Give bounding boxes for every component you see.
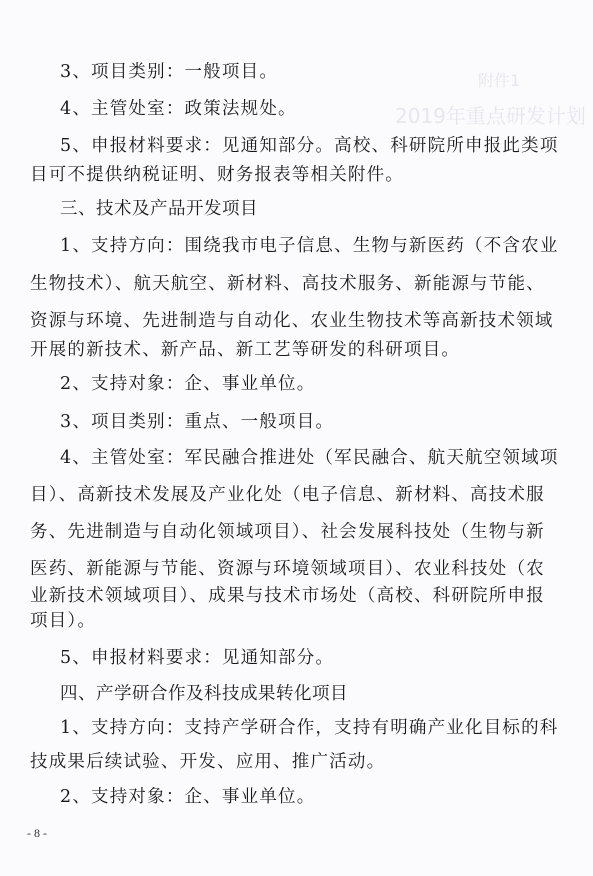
text-line: 医药、新能源与节能、资源与环境领域项目）、农业科技处（农 (30, 559, 485, 579)
text-line: 4、主管处室：军民融合推进处（军民融合、航天航空领域项 (60, 448, 515, 468)
section-heading-4: 四、产学研合作及科技成果转化项目 (60, 684, 515, 704)
text-line: 开展的新技术、新产品、新工艺等研发的科研项目。 (30, 340, 485, 360)
text-line: 目）、高新技术发展及产业化处（电子信息、新材料、高技术服 (30, 485, 485, 505)
text-line: 技成果后续试验、开发、应用、推广活动。 (30, 752, 485, 772)
text-line: 务、先进制造与自动化领域项目）、社会发展科技处（生物与新 (30, 522, 485, 542)
text-line: 项目）。 (30, 611, 485, 631)
text-line: 2、支持对象：企、事业单位。 (60, 374, 515, 394)
text-line: 2、支持对象：企、事业单位。 (60, 787, 515, 807)
text-line: 业新技术领域项目）、成果与技术市场处（高校、科研院所申报 (30, 586, 485, 606)
text-line: 5、申报材料要求：见通知部分。 (60, 648, 515, 668)
text-line: 1、支持方向：围绕我市电子信息、生物与新医药（不含农业 (60, 236, 515, 256)
text-line: 4、主管处室：政策法规处。 (60, 99, 515, 119)
document-page: 附件1 2019年重点研发计划 3、项目类别：一般项目。 4、主管处室：政策法规… (0, 0, 593, 876)
page-number: - 8 - (27, 826, 47, 841)
text-line: 1、支持方向：支持产学研合作，支持有明确产业化目标的科 (60, 718, 515, 738)
text-line: 资源与环境、先进制造与自动化、农业生物技术等高新技术领域 (30, 311, 485, 331)
text-line: 3、项目类别：重点、一般项目。 (60, 412, 515, 432)
text-line: 5、申报材料要求：见通知部分。高校、科研院所申报此类项 (60, 136, 515, 156)
text-line: 目可不提供纳税证明、财务报表等相关附件。 (30, 165, 485, 185)
text-line: 3、项目类别：一般项目。 (60, 62, 515, 82)
text-line: 生物技术）、航天航空、新材料、高技术服务、新能源与节能、 (30, 274, 485, 294)
section-heading-3: 三、技术及产品开发项目 (60, 199, 515, 219)
